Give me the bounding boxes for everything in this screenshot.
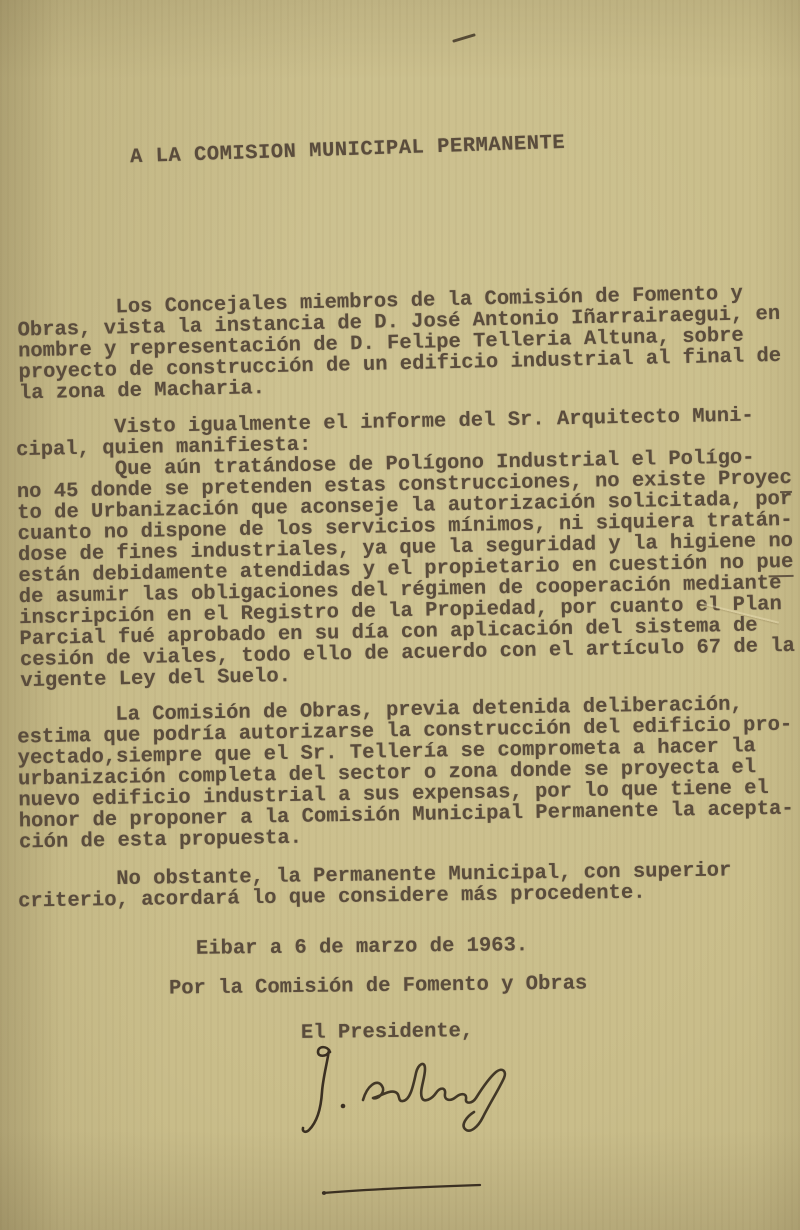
date-line: Eibar a 6 de marzo de 1963. [196, 934, 528, 960]
paragraph-closing: No obstante, la Permanente Municipal, co… [18, 860, 795, 913]
paragraph-intro: Los Concejales miembros de la Comisión d… [17, 283, 795, 405]
document-page: A LA COMISION MUNICIPAL PERMANENTE Los C… [0, 0, 800, 1230]
small-ink-dash [450, 29, 482, 47]
paragraph-architect-report: Visto igualmente el informe del Sr. Arqu… [16, 405, 797, 692]
ink-underline-rule [315, 1178, 490, 1200]
signature-mark [288, 1036, 528, 1151]
committee-line: Por la Comisión de Fomento y Obras [169, 972, 588, 1000]
paragraph-commission-proposal: La Comisión de Obras, previa detenida de… [17, 694, 795, 854]
document-title: A LA COMISION MUNICIPAL PERMANENTE [130, 132, 566, 169]
